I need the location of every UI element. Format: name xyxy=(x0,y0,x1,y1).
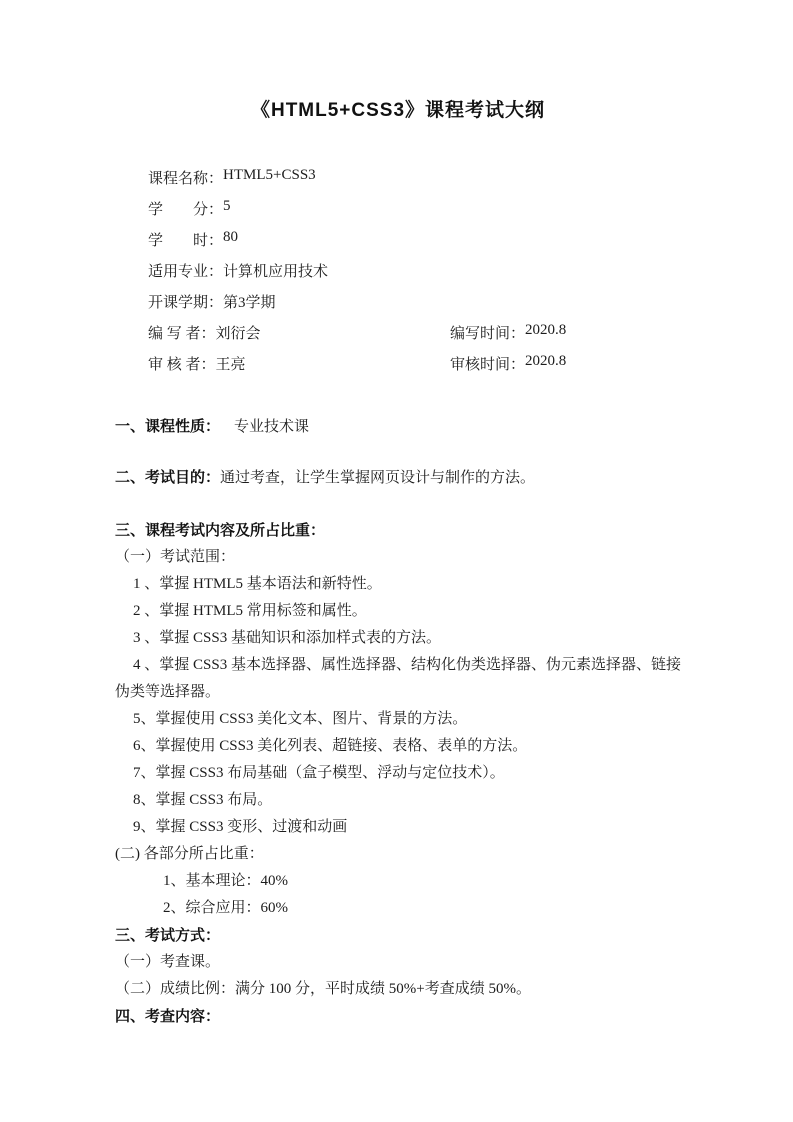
meta-label: 编写时间： xyxy=(450,322,525,343)
meta-value: HTML5+CSS3 xyxy=(223,167,316,188)
meta-value: 第3学期 xyxy=(223,291,276,312)
method-item-1: （一）考查课。 xyxy=(115,949,681,976)
meta-value: 80 xyxy=(223,229,238,250)
meta-label: 学 时： xyxy=(148,229,223,250)
section-exam-purpose: 二、考试目的：通过考查，让学生掌握网页设计与制作的方法。 xyxy=(115,464,681,492)
weight-item-1: 1、基本理论：40% xyxy=(115,868,681,895)
section-heading-exam-method: 三、考试方式： xyxy=(115,922,681,949)
meta-value: 王亮 xyxy=(216,353,246,374)
meta-row-credits: 学 分：5 xyxy=(148,193,681,224)
document-title: 《HTML5+CSS3》课程考试大纲 xyxy=(115,98,681,124)
method-item-2: （二）成绩比例：满分 100 分，平时成绩 50%+考查成绩 50%。 xyxy=(115,976,681,1003)
meta-value: 2020.8 xyxy=(525,353,566,374)
meta-label: 适用专业： xyxy=(148,260,223,281)
section-course-nature: 一、课程性质：专业技术课 xyxy=(115,413,681,441)
meta-value: 5 xyxy=(223,198,231,219)
scope-item-8: 8、掌握 CSS3 布局。 xyxy=(115,787,681,814)
weight-heading: (二) 各部分所占比重： xyxy=(115,841,681,868)
scope-item-2: 2 、掌握 HTML5 常用标签和属性。 xyxy=(115,598,681,625)
scope-heading: （一）考试范围： xyxy=(115,544,681,571)
scope-item-1: 1 、掌握 HTML5 基本语法和新特性。 xyxy=(115,571,681,598)
meta-value: 计算机应用技术 xyxy=(223,260,328,281)
section-text-course-nature: 专业技术课 xyxy=(234,419,309,435)
meta-row-reviewer: 审 核 者：王亮 审核时间：2020.8 xyxy=(148,348,681,379)
meta-label: 编 写 者： xyxy=(148,322,216,343)
meta-value: 刘衍会 xyxy=(216,322,261,343)
meta-label: 审核时间： xyxy=(450,353,525,374)
scope-item-6: 6、掌握使用 CSS3 美化列表、超链接、表格、表单的方法。 xyxy=(115,733,681,760)
section-heading-exam-inspect: 四、考查内容： xyxy=(115,1003,681,1030)
meta-row-semester: 开课学期：第3学期 xyxy=(148,286,681,317)
meta-label: 课程名称： xyxy=(148,167,223,188)
meta-row-course-name: 课程名称：HTML5+CSS3 xyxy=(148,162,681,193)
section-heading-course-nature: 一、课程性质： xyxy=(115,418,220,435)
section-text-exam-purpose: 通过考查，让学生掌握网页设计与制作的方法。 xyxy=(220,470,535,486)
meta-row-major: 适用专业：计算机应用技术 xyxy=(148,255,681,286)
meta-row-hours: 学 时：80 xyxy=(148,224,681,255)
scope-item-3: 3 、掌握 CSS3 基础知识和添加样式表的方法。 xyxy=(115,625,681,652)
meta-label: 审 核 者： xyxy=(148,353,216,374)
document-page: 《HTML5+CSS3》课程考试大纲 课程名称：HTML5+CSS3 学 分：5… xyxy=(0,0,793,1122)
meta-row-author: 编 写 者：刘衍会 编写时间：2020.8 xyxy=(148,317,681,348)
section-heading-exam-content: 三、课程考试内容及所占比重： xyxy=(115,517,681,544)
course-meta-block: 课程名称：HTML5+CSS3 学 分：5 学 时：80 适用专业：计算机应用技… xyxy=(148,162,681,379)
meta-label: 学 分： xyxy=(148,198,223,219)
meta-label: 开课学期： xyxy=(148,291,223,312)
weight-item-2: 2、综合应用：60% xyxy=(115,895,681,922)
scope-item-5: 5、掌握使用 CSS3 美化文本、图片、背景的方法。 xyxy=(115,706,681,733)
meta-value: 2020.8 xyxy=(525,322,566,343)
scope-item-9: 9、掌握 CSS3 变形、过渡和动画 xyxy=(115,814,681,841)
section-heading-exam-purpose: 二、考试目的： xyxy=(115,469,220,486)
scope-item-7: 7、掌握 CSS3 布局基础（盒子模型、浮动与定位技术）。 xyxy=(115,760,681,787)
scope-item-4: 4 、掌握 CSS3 基本选择器、属性选择器、结构化伪类选择器、伪元素选择器、链… xyxy=(115,652,681,706)
